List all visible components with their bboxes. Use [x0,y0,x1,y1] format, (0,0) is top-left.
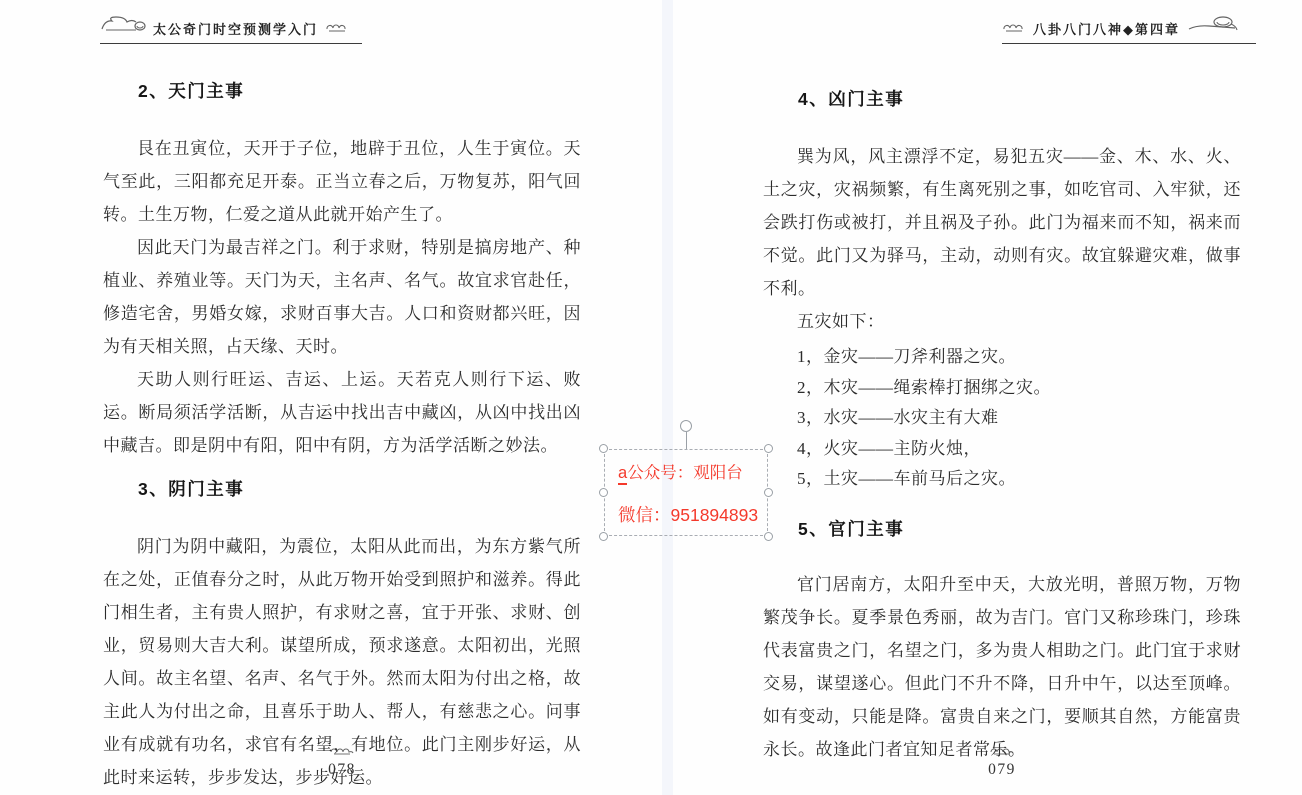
resize-handle-top-right[interactable] [764,444,773,453]
book-scan-page: { "left_page": { "header": "太公奇门时空预测学入门"… [0,0,1302,795]
watermark-line1: a公众号：观阳台 [618,459,743,483]
left-page-column: 2、天门主事 艮在丑寅位，天开于子位，地辟于丑位，人生于寅位。天气至此，三阳都充… [103,0,581,795]
resize-handle-middle-right[interactable] [764,488,773,497]
list-item: 4，火灾——主防火烛， [763,434,1241,465]
watermark-line1-prefix: a [618,464,627,485]
watermark-line1-rest: 公众号：观阳台 [627,464,743,482]
left-page-footer: 078 [103,744,581,778]
list-item: 5，土灾——车前马后之灾。 [763,464,1241,495]
paragraph: 官门居南方，太阳升至中天，大放光明，普照万物，万物繁茂争长。夏季景色秀丽，故为吉… [763,568,1241,766]
right-page-footer: 079 [763,744,1241,778]
paragraph: 因此天门为最吉祥之门。利于求财，特别是搞房地产、种植业、养殖业等。天门为天，主名… [103,231,581,363]
rotate-handle-stem [686,432,687,449]
section-heading-yinmen: 3、阴门主事 [103,476,581,501]
footer-ornament-icon [329,743,355,760]
paragraph: 艮在丑寅位，天开于子位，地辟于丑位，人生于寅位。天气至此，三阳都充足开泰。正当立… [103,132,581,231]
page-seam-stripe [662,0,673,795]
rotate-handle[interactable] [680,420,692,432]
section-heading-guanmen: 5、官门主事 [763,516,1241,541]
list-item: 3，水灾——水灾主有大难 [763,403,1241,434]
section-heading-tianmen: 2、天门主事 [103,78,581,103]
list-item: 2，木灾——绳索棒打捆绑之灾。 [763,373,1241,404]
section-heading-xiongmen: 4、凶门主事 [763,86,1241,111]
page-number: 079 [763,762,1241,778]
right-page-column: 4、凶门主事 巽为风，风主漂浮不定，易犯五灾——金、木、水、火、土之灾，灾祸频繁… [763,0,1241,795]
list-item: 1，金灾——刀斧利器之灾。 [763,342,1241,373]
five-disasters-list: 1，金灾——刀斧利器之灾。 2，木灾——绳索棒打捆绑之灾。 3，水灾——水灾主有… [763,342,1241,495]
watermark-line2: 微信：951894893 [618,502,758,527]
watermark-textbox[interactable]: a公众号：观阳台 微信：951894893 [604,449,768,536]
paragraph-list-intro: 五灾如下： [763,305,1241,338]
resize-handle-middle-left[interactable] [599,488,608,497]
page-number: 078 [103,762,581,778]
resize-handle-top-left[interactable] [599,444,608,453]
resize-handle-bottom-right[interactable] [764,532,773,541]
paragraph: 天助人则行旺运、吉运、上运。天若克人则行下运、败运。断局须活学活断，从吉运中找出… [103,363,581,462]
footer-ornament-icon [989,743,1015,760]
paragraph: 巽为风，风主漂浮不定，易犯五灾——金、木、水、火、土之灾，灾祸频繁，有生离死别之… [763,140,1241,305]
resize-handle-bottom-left[interactable] [599,532,608,541]
